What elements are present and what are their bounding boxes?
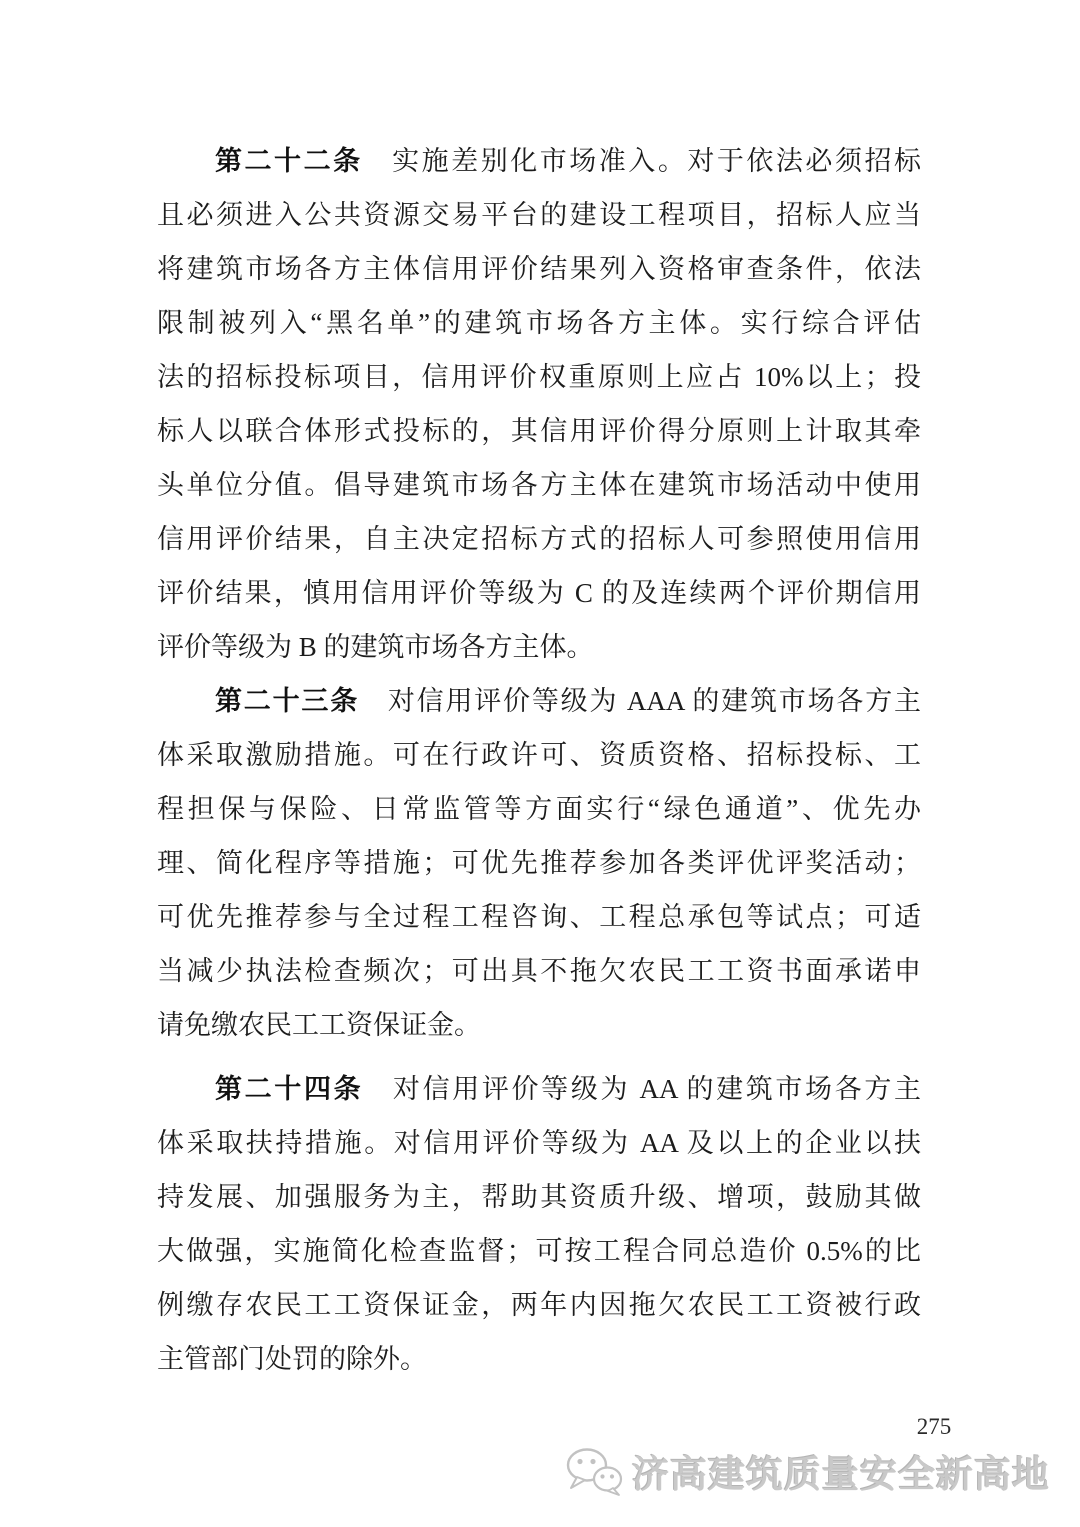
wechat-icon xyxy=(565,1446,623,1496)
document-line: 第二十三条 对信用评价等级为 AAA 的建筑市场各方主 xyxy=(157,674,921,728)
document-line: 标人以联合体形式投标的，其信用评价得分原则上计取其牵 xyxy=(157,404,921,458)
document-line: 理、简化程序等措施；可优先推荐参加各类评优评奖活动； xyxy=(157,836,921,890)
document-line: 第二十二条 实施差别化市场准入。对于依法必须招标 xyxy=(157,134,921,188)
watermark: 济高建筑质量安全新高地 xyxy=(565,1444,1050,1498)
article-22-opening-text: 实施差别化市场准入。对于依法必须招标 xyxy=(363,146,921,176)
document-line: 当减少执法检查频次；可出具不拖欠农民工工资书面承诺申 xyxy=(157,944,921,998)
document-line: 评价结果，慎用信用评价等级为 C 的及连续两个评价期信用 xyxy=(157,566,921,620)
article-24-opening-text: 对信用评价等级为 AA 的建筑市场各方主 xyxy=(363,1074,921,1104)
document-line: 法的招标投标项目，信用评价权重原则上应占 10%以上；投 xyxy=(157,350,921,404)
document-line: 将建筑市场各方主体信用评价结果列入资格审查条件，依法 xyxy=(157,242,921,296)
page-number: 275 xyxy=(912,1414,956,1440)
watermark-text: 济高建筑质量安全新高地 xyxy=(632,1444,1050,1498)
document-page: 第二十二条 实施差别化市场准入。对于依法必须招标 且必须进入公共资源交易平台的建… xyxy=(0,0,1080,1527)
document-line: 可优先推荐参与全过程工程咨询、工程总承包等试点；可适 xyxy=(157,890,921,944)
document-line: 持发展、加强服务为主，帮助其资质升级、增项，鼓励其做 xyxy=(157,1170,921,1224)
article-23-paragraph: 第二十三条 对信用评价等级为 AAA 的建筑市场各方主 体采取激励措施。可在行政… xyxy=(157,674,921,1052)
document-line: 请免缴农民工工资保证金。 xyxy=(157,998,921,1052)
article-23-opening-text: 对信用评价等级为 AAA 的建筑市场各方主 xyxy=(359,686,921,716)
document-line: 限制被列入“黑名单”的建筑市场各方主体。实行综合评估 xyxy=(157,296,921,350)
document-body: 第二十二条 实施差别化市场准入。对于依法必须招标 且必须进入公共资源交易平台的建… xyxy=(157,134,921,1386)
article-22-paragraph: 第二十二条 实施差别化市场准入。对于依法必须招标 且必须进入公共资源交易平台的建… xyxy=(157,134,921,674)
article-24-heading: 第二十四条 xyxy=(215,1074,363,1104)
document-line: 大做强，实施简化检查监督；可按工程合同总造价 0.5%的比 xyxy=(157,1224,921,1278)
document-line: 体采取激励措施。可在行政许可、资质资格、招标投标、工 xyxy=(157,728,921,782)
document-line: 且必须进入公共资源交易平台的建设工程项目，招标人应当 xyxy=(157,188,921,242)
document-line: 评价等级为 B 的建筑市场各方主体。 xyxy=(157,620,921,674)
document-line: 第二十四条 对信用评价等级为 AA 的建筑市场各方主 xyxy=(157,1062,921,1116)
document-line: 信用评价结果，自主决定招标方式的招标人可参照使用信用 xyxy=(157,512,921,566)
document-line: 头单位分值。倡导建筑市场各方主体在建筑市场活动中使用 xyxy=(157,458,921,512)
document-line: 例缴存农民工工资保证金，两年内因拖欠农民工工资被行政 xyxy=(157,1278,921,1332)
article-23-heading: 第二十三条 xyxy=(215,686,359,716)
article-22-heading: 第二十二条 xyxy=(215,146,363,176)
article-24-paragraph: 第二十四条 对信用评价等级为 AA 的建筑市场各方主 体采取扶持措施。对信用评价… xyxy=(157,1062,921,1386)
document-line: 主管部门处罚的除外。 xyxy=(157,1332,921,1386)
document-line: 体采取扶持措施。对信用评价等级为 AA 及以上的企业以扶 xyxy=(157,1116,921,1170)
document-line: 程担保与保险、日常监管等方面实行“绿色通道”、优先办 xyxy=(157,782,921,836)
